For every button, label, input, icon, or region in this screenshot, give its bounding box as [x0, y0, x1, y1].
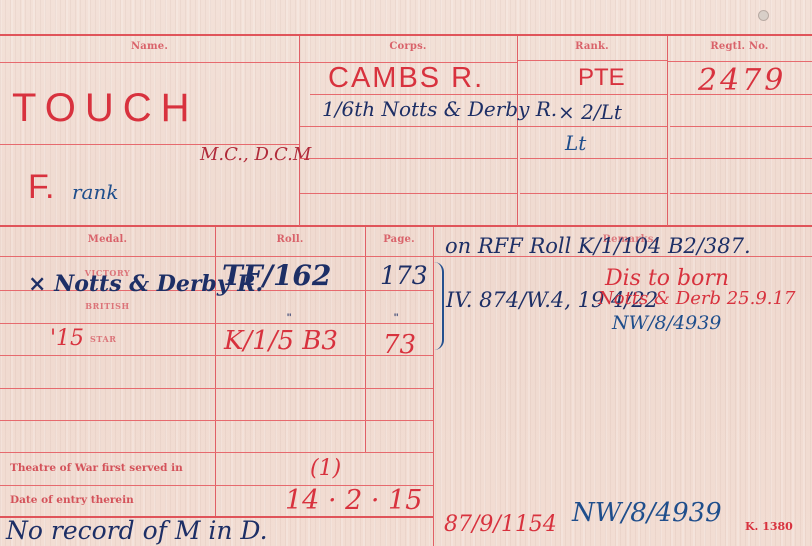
rule: [517, 126, 667, 127]
rule: [0, 62, 299, 63]
rule: [517, 94, 667, 95]
rule: [520, 193, 667, 194]
rank-line-1: PTE: [578, 66, 625, 90]
surname: TOUCH: [12, 88, 198, 128]
remarks-blue-3: NW/8/4939: [612, 314, 721, 333]
remarks-red-1: Dis to born: [605, 268, 729, 290]
header-corps: Corps.: [299, 41, 517, 52]
bracket: [432, 262, 444, 350]
rule: [517, 60, 667, 61]
header-regtl-no: Regtl. No.: [667, 41, 812, 52]
rule: [0, 388, 433, 389]
label-british: BRITISH: [0, 301, 215, 311]
ditto-roll: ": [287, 312, 291, 324]
col-divider: [517, 36, 518, 226]
rule: [520, 158, 667, 159]
rule: [0, 420, 433, 421]
footer-note: No record of M in D.: [6, 518, 268, 543]
roll-star: K/1/5 B3: [224, 328, 338, 354]
header-medal: Medal.: [0, 234, 215, 245]
page-star: 73: [383, 332, 416, 358]
rule: [670, 126, 812, 127]
corps-line-2: 1/6th Notts & Derby R.: [322, 99, 557, 119]
footer-ref-red: 87/9/1154: [444, 514, 557, 536]
rule: [300, 193, 517, 194]
card-stamp: K. 1380: [745, 520, 793, 533]
rule: [300, 158, 517, 159]
rule: [670, 193, 812, 194]
rule: [0, 452, 433, 453]
theatre-value: (1): [310, 458, 341, 480]
col-divider: [667, 36, 668, 226]
page-victory-british: 173: [380, 263, 428, 288]
entry-date-value: 14 · 2 · 15: [285, 487, 422, 514]
rank-line-3: Lt: [565, 133, 586, 153]
medal-index-card: Name. Corps. Rank. Regtl. No. Medal. Rol…: [0, 0, 812, 546]
rule-section: [0, 225, 812, 227]
roll-victory-british: TF/162: [222, 262, 331, 290]
forename-rest: rank: [72, 182, 118, 202]
label-theatre: Theatre of War first served in: [10, 462, 183, 474]
label-entry-date: Date of entry therein: [10, 494, 134, 506]
medal-star: '15: [50, 328, 84, 350]
rule: [670, 158, 812, 159]
rule: [300, 126, 517, 127]
header-page: Page.: [365, 234, 433, 245]
header-name: Name.: [0, 41, 299, 52]
remarks-red-2: Notts & Derb 25.9.17: [598, 290, 795, 308]
rule: [667, 61, 812, 62]
rank-line-2: × 2/Lt: [558, 102, 622, 122]
label-star: STAR: [90, 334, 130, 344]
header-rank: Rank.: [517, 41, 667, 52]
forename-initial: F.: [28, 170, 54, 204]
punch-hole: [758, 10, 769, 21]
header-roll: Roll.: [215, 234, 365, 245]
rule: [0, 256, 433, 257]
rule: [0, 355, 433, 356]
remarks-line-1: on RFF Roll K/1/104 B2/387.: [445, 236, 751, 257]
regtl-no: 2479: [698, 66, 786, 96]
ditto-page: ": [394, 312, 398, 324]
rule-top: [0, 34, 812, 36]
rule: [0, 323, 433, 324]
honours: M.C., D.C.M: [200, 146, 311, 164]
col-divider: [299, 36, 300, 226]
corps-line-1: CAMBS R.: [328, 64, 484, 93]
rule: [310, 94, 517, 95]
footer-ref-blue: NW/8/4939: [572, 500, 722, 526]
